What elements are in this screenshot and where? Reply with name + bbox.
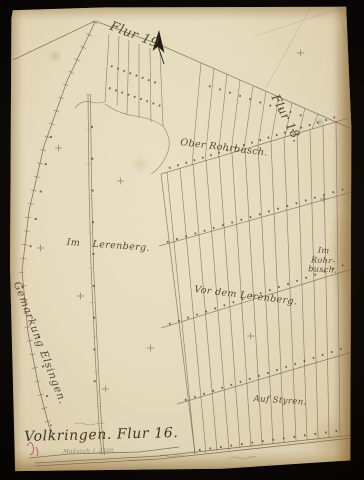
field-road-double-line [88, 94, 105, 455]
label-im-rohrbusch-line3: busch. [304, 264, 342, 275]
flur-boundary-hatched [22, 22, 95, 434]
map-sheet: Flur 19. Flur 18. Ober Rohrbusch. Im Ler… [9, 6, 352, 472]
scan-background: Flur 19. Flur 18. Ober Rohrbusch. Im Ler… [0, 0, 364, 480]
topleft-parcel-cluster [75, 34, 169, 174]
top-boundary-line [13, 21, 352, 129]
faint-corner-lines [255, 8, 352, 88]
map-scale-note: Maßstab 1:2500. [63, 448, 116, 455]
label-im-rohrbusch: Im Rohr- busch. [304, 245, 343, 275]
